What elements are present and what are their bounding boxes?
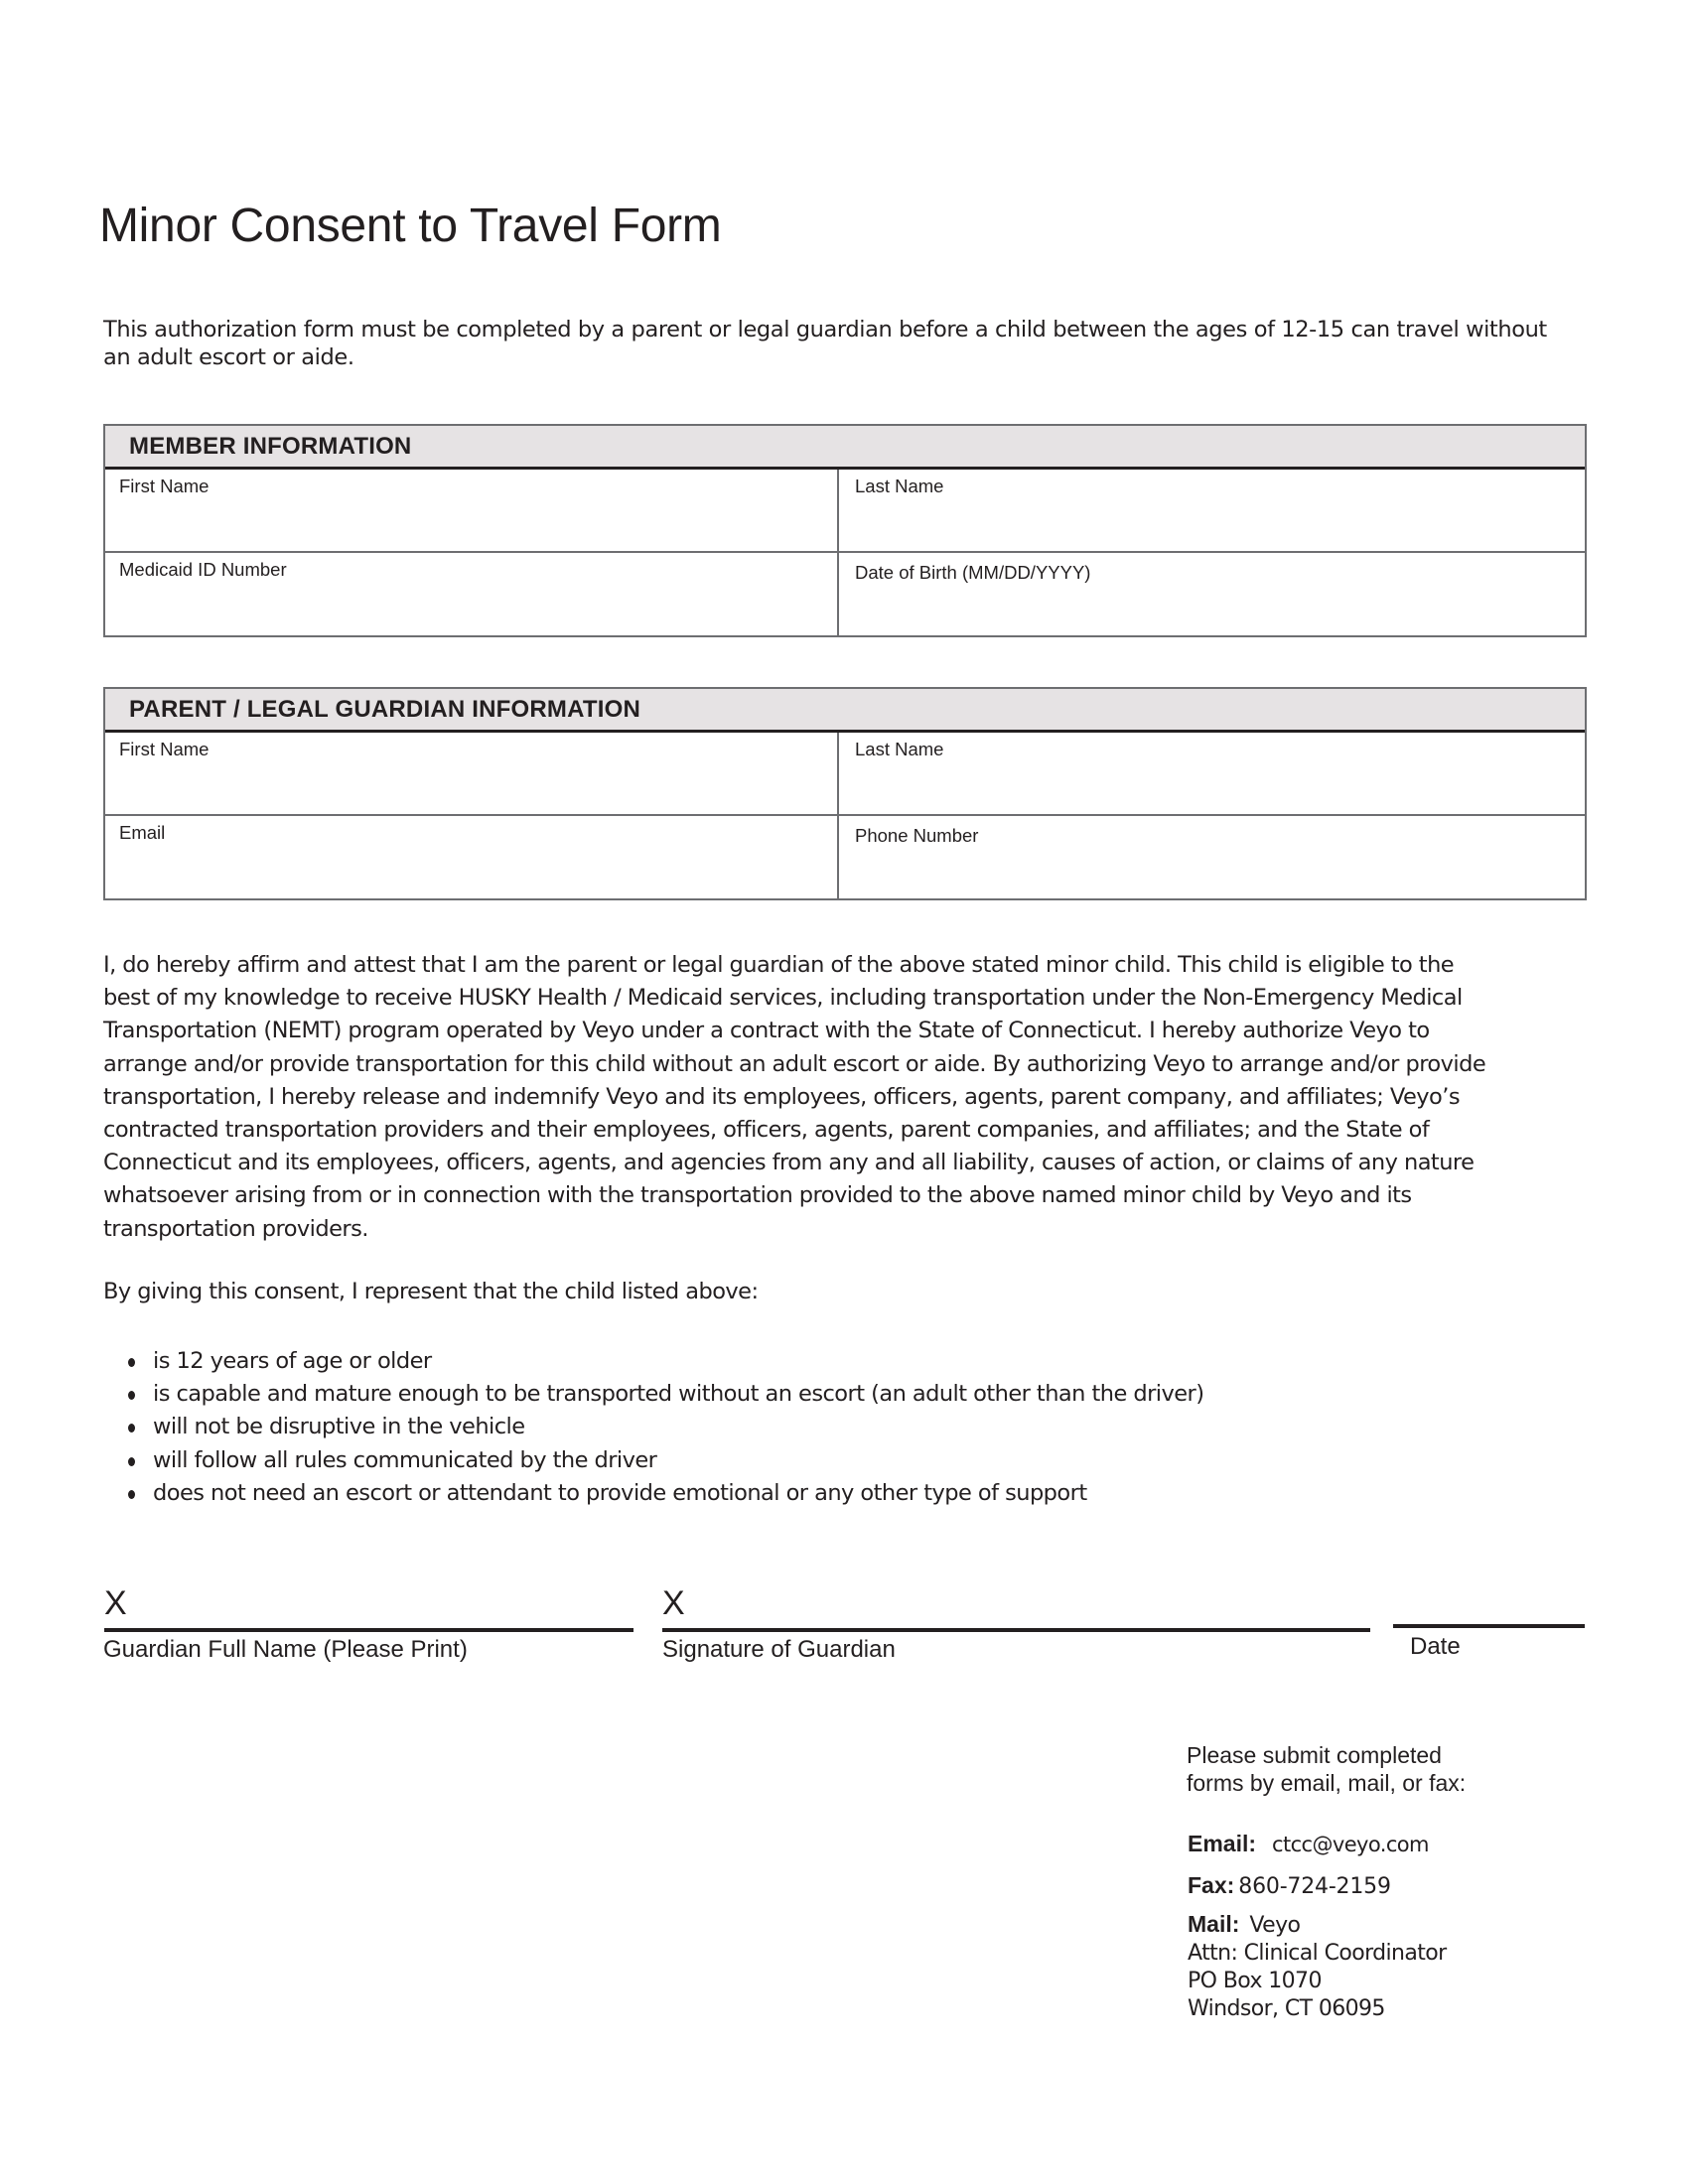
list-item-text: does not need an escort or attendant to … (153, 1480, 1087, 1506)
guardian-last-name-label: Last Name (855, 739, 943, 759)
bullet-icon (128, 1424, 135, 1433)
guardian-information-section: PARENT / LEGAL GUARDIAN INFORMATION Firs… (103, 687, 1587, 900)
list-item-text: will follow all rules communicated by th… (153, 1447, 656, 1473)
medicaid-id-field[interactable]: Medicaid ID Number (105, 553, 837, 635)
submission-instructions: Please submit completed forms by email, … (1187, 1741, 1466, 1797)
guardian-phone-label: Phone Number (855, 825, 978, 846)
date-line[interactable] (1393, 1624, 1585, 1628)
member-row-2: Medicaid ID Number Date of Birth (MM/DD/… (105, 553, 1585, 635)
bullet-icon (128, 1490, 135, 1499)
list-item-text: is capable and mature enough to be trans… (153, 1381, 1203, 1407)
page-title: Minor Consent to Travel Form (99, 199, 721, 253)
guardian-first-name-label: First Name (119, 739, 209, 759)
guardian-email-label: Email (119, 822, 165, 843)
guardian-first-name-input[interactable] (119, 770, 801, 800)
mail-contact: Mail:Veyo Attn: Clinical Coordinator PO … (1188, 1910, 1447, 2023)
list-item-text: is 12 years of age or older (153, 1348, 432, 1374)
bullet-icon (128, 1391, 135, 1400)
member-row-1: First Name Last Name (105, 470, 1585, 553)
submission-intro-line: Please submit completed (1187, 1741, 1466, 1769)
guardian-phone-field[interactable]: Phone Number (837, 816, 1585, 898)
member-last-name-field[interactable]: Last Name (837, 470, 1585, 551)
guardian-signature-label: Signature of Guardian (662, 1636, 896, 1664)
guardian-row-2: Email Phone Number (105, 816, 1585, 898)
submission-intro-line: forms by email, mail, or fax: (1187, 1769, 1466, 1797)
attestation-paragraph: I, do hereby affirm and attest that I am… (103, 949, 1593, 1246)
guardian-email-field[interactable]: Email (105, 816, 837, 898)
list-item: will follow all rules communicated by th… (119, 1444, 1203, 1477)
attestation-line: contracted transportation providers and … (103, 1114, 1593, 1147)
signature-x-mark: X (662, 1584, 685, 1623)
email-link[interactable]: ctcc@veyo.com (1272, 1833, 1429, 1856)
date-of-birth-field[interactable]: Date of Birth (MM/DD/YYYY) (837, 553, 1585, 635)
list-item: is 12 years of age or older (119, 1345, 1203, 1378)
list-item-text: will not be disruptive in the vehicle (153, 1414, 525, 1439)
member-first-name-input[interactable] (119, 507, 801, 537)
name-x-mark: X (104, 1584, 127, 1623)
member-first-name-field[interactable]: First Name (105, 470, 837, 551)
mail-label: Mail: (1188, 1911, 1239, 1937)
fax-contact: Fax:860-724-2159 (1188, 1871, 1391, 1901)
guardian-name-line[interactable] (104, 1628, 633, 1632)
guardian-email-input[interactable] (119, 854, 801, 884)
date-of-birth-input[interactable] (855, 594, 1548, 623)
bullet-icon (128, 1457, 135, 1466)
guardian-last-name-field[interactable]: Last Name (837, 733, 1585, 814)
attestation-line: Transportation (NEMT) program operated b… (103, 1015, 1593, 1047)
member-last-name-label: Last Name (855, 476, 943, 496)
attestation-line: transportation, I hereby release and ind… (103, 1081, 1593, 1114)
date-label: Date (1410, 1633, 1461, 1661)
mail-city: Windsor, CT 06095 (1188, 1995, 1447, 2023)
attestation-line: Connecticut and its employees, officers,… (103, 1147, 1593, 1179)
member-information-header: MEMBER INFORMATION (105, 426, 1585, 470)
list-item: does not need an escort or attendant to … (119, 1477, 1203, 1510)
member-information-section: MEMBER INFORMATION First Name Last Name … (103, 424, 1587, 637)
list-item: is capable and mature enough to be trans… (119, 1378, 1203, 1411)
attestation-line: arrange and/or provide transportation fo… (103, 1048, 1593, 1081)
email-label: Email: (1188, 1831, 1256, 1856)
fax-label: Fax: (1188, 1872, 1234, 1898)
fax-number: 860-724-2159 (1238, 1874, 1390, 1899)
bullet-icon (128, 1358, 135, 1367)
representation-lead: By giving this consent, I represent that… (103, 1279, 759, 1304)
list-item: will not be disruptive in the vehicle (119, 1411, 1203, 1443)
attestation-line: I, do hereby affirm and attest that I am… (103, 949, 1593, 982)
guardian-first-name-field[interactable]: First Name (105, 733, 837, 814)
intro-text: This authorization form must be complete… (103, 316, 1573, 371)
medicaid-id-label: Medicaid ID Number (119, 559, 287, 580)
guardian-information-header: PARENT / LEGAL GUARDIAN INFORMATION (105, 689, 1585, 733)
mail-attn: Attn: Clinical Coordinator (1188, 1940, 1447, 1968)
attestation-line: transportation providers. (103, 1213, 1593, 1246)
member-first-name-label: First Name (119, 476, 209, 496)
guardian-last-name-input[interactable] (855, 770, 1548, 800)
guardian-name-label: Guardian Full Name (Please Print) (103, 1636, 468, 1664)
mail-name: Veyo (1249, 1913, 1300, 1938)
mail-po-box: PO Box 1070 (1188, 1968, 1447, 1995)
representation-list: is 12 years of age or older is capable a… (119, 1345, 1203, 1510)
guardian-row-1: First Name Last Name (105, 733, 1585, 816)
attestation-line: whatsoever arising from or in connection… (103, 1179, 1593, 1212)
medicaid-id-input[interactable] (119, 591, 801, 620)
email-contact: Email:ctcc@veyo.com (1188, 1830, 1429, 1858)
guardian-phone-input[interactable] (855, 857, 1548, 887)
member-last-name-input[interactable] (855, 507, 1548, 537)
attestation-line: best of my knowledge to receive HUSKY He… (103, 982, 1593, 1015)
date-of-birth-label: Date of Birth (MM/DD/YYYY) (855, 562, 1090, 583)
guardian-signature-line[interactable] (662, 1628, 1370, 1632)
